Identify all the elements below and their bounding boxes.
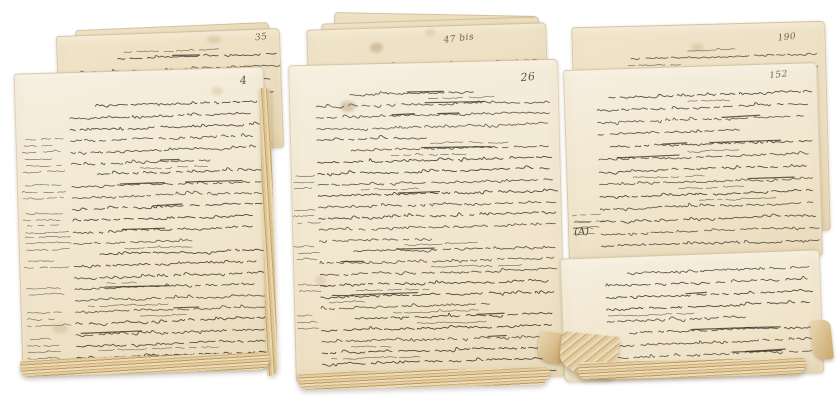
right-front-sheet: 152 (A) [563,62,823,264]
manuscript-stack-left: 35 4 [10,24,286,384]
left-front-sheet: 4 [14,66,273,375]
handwriting-right-front [564,63,822,263]
middle-front-sheet: 26 [288,59,566,384]
handwriting-middle-front [289,60,565,382]
manuscript-stack-middle: 47 bis 26 [286,12,570,396]
right-stack-bottom-edges [578,358,806,380]
manuscript-photo: 35 4 47 bis 26 [0,0,840,406]
manuscript-stack-right: 190 152 (A) [560,20,836,382]
